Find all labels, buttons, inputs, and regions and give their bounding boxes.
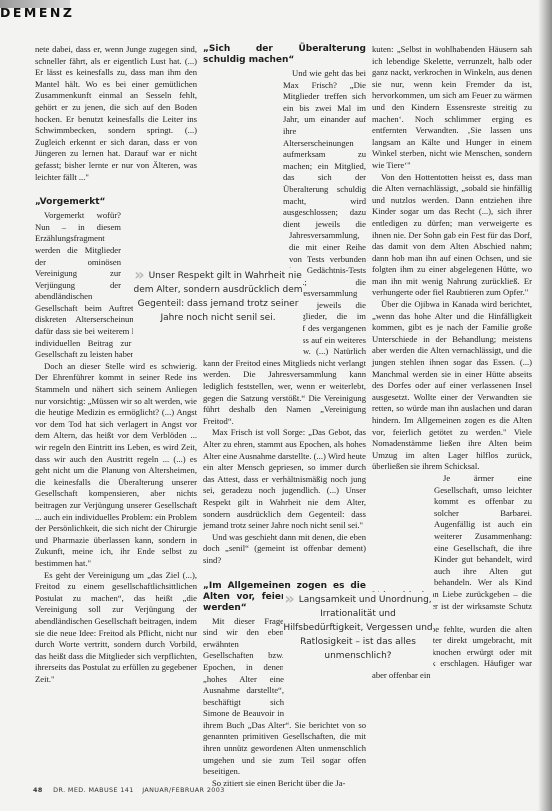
section-label: DEMENZ bbox=[0, 5, 74, 20]
paragraph: kuten: „Selbst in wohlhabenden Häusern s… bbox=[372, 44, 532, 172]
pullquote-respekt: »Unser Respekt gilt in Wahrheit nie dem … bbox=[133, 268, 303, 360]
page-number: 48 bbox=[33, 786, 43, 794]
paragraph: Doch an dieser Stelle wird es schwierig.… bbox=[35, 361, 197, 570]
paragraph: nete dabei, dass er, wenn Junge zugegen … bbox=[35, 44, 197, 183]
paragraph: Es geht der Vereinigung um „das Ziel (..… bbox=[35, 570, 197, 686]
quote-chevron-icon: » bbox=[134, 265, 144, 284]
subheading-vorgemerkt: „Vorgemerkt“ bbox=[35, 197, 197, 208]
publication-name: DR. MED. MABUSE 141 bbox=[53, 786, 134, 794]
paragraph: So zitiert sie einen Bericht über die Ja… bbox=[203, 778, 366, 790]
pullquote-langsamkeit: »Langsamkeit und Unordnung, Irrationalit… bbox=[283, 592, 433, 672]
article-column-1: nete dabei, dass er, wenn Junge zugegen … bbox=[35, 44, 197, 685]
subheading-ueberalterung: „Sich der Überalterung schuldig machen“ bbox=[203, 44, 366, 66]
pullquote-spacer bbox=[372, 495, 434, 579]
quote-chevron-icon: » bbox=[284, 589, 294, 608]
article-column-3: kuten: „Selbst in wohlhabenden Häusern s… bbox=[372, 44, 532, 682]
paragraph: Über die Ojibwa in Kanada wird berichtet… bbox=[372, 299, 532, 473]
paragraph: Von den Hottentotten heisst es, dass man… bbox=[372, 172, 532, 300]
paragraph: Und was geschieht dann mit denen, die eb… bbox=[203, 532, 366, 567]
page-edge-shadow bbox=[538, 0, 552, 811]
issue-date: JANUAR/FEBRUAR 2003 bbox=[142, 786, 225, 794]
pullquote-text: Langsamkeit und Unordnung, Irrationalitä… bbox=[283, 595, 432, 661]
paragraph: Max Frisch ist voll Sorge: „Das Gebot, d… bbox=[203, 427, 366, 531]
pullquote-text: Unser Respekt gilt in Wahrheit nie dem A… bbox=[134, 271, 303, 323]
page-footer: 48 DR. MED. MABUSE 141 JANUAR/FEBRUAR 20… bbox=[33, 786, 225, 794]
article-column-2: „Sich der Überalterung schuldig machen“ … bbox=[203, 44, 366, 789]
